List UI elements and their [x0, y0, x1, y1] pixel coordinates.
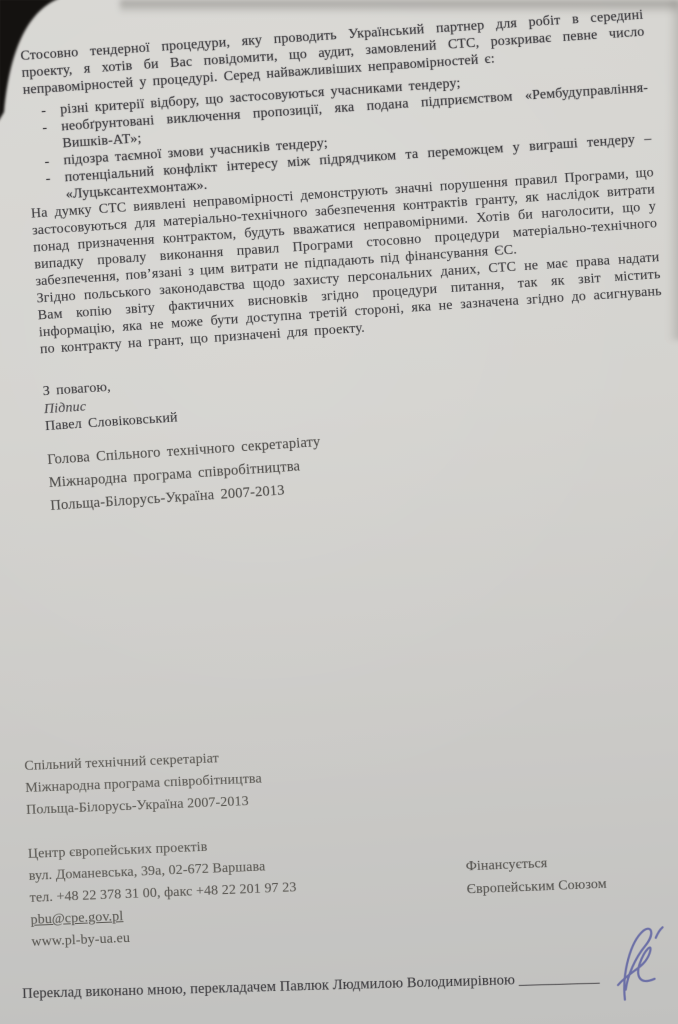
- letter-body: Стосовно тендерної процедури, яку провод…: [20, 7, 674, 518]
- letterhead-footer: Спільний технічний секретаріат Міжнародн…: [24, 731, 651, 954]
- scanned-letter-photo: Стосовно тендерної процедури, яку провод…: [0, 0, 678, 1024]
- bullet-dash: -: [44, 153, 50, 170]
- bullet-dash: -: [45, 170, 51, 187]
- right-edge-shadow: [668, 0, 678, 340]
- bullet-dash: -: [41, 102, 47, 119]
- bullet-dash: -: [42, 119, 48, 136]
- eu-funding-note: Фінансується Європейським Союзом: [465, 850, 607, 902]
- handwritten-signature: [607, 920, 675, 1009]
- signature-line: ___________: [519, 970, 600, 988]
